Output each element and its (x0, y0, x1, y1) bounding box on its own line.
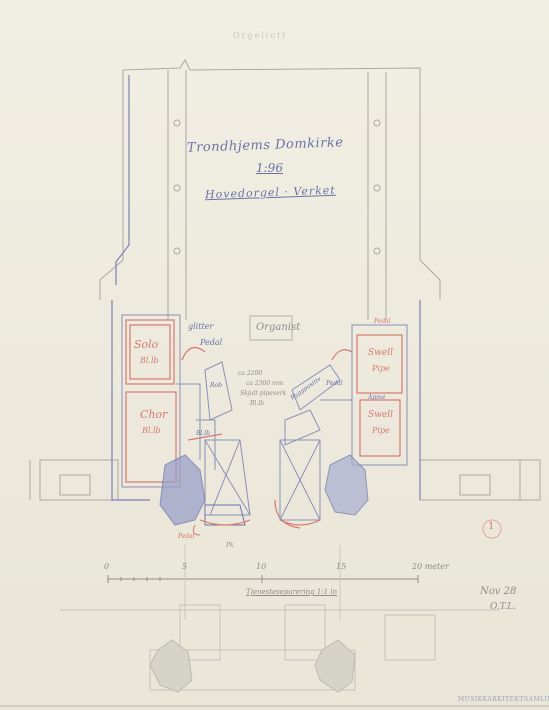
left-annotation-pedal-2: Pedal (178, 533, 195, 540)
center-note-1: ca 2200 (238, 370, 262, 377)
top-note: Orgelloft (233, 31, 287, 40)
date-note-line-2: O.T.L. (490, 602, 516, 612)
left-section-2-label: Chor (140, 408, 167, 421)
archive-stamp: MUSIKKARKITEKTSAMLING (458, 696, 549, 703)
right-annotation-apme: Apme (368, 394, 385, 401)
floor-plan-drawing (0, 0, 549, 710)
right-section-1-sub: Pipe (372, 364, 390, 373)
scale-caption: Tjenesteseparering 1:1 ln (246, 588, 337, 596)
scale-tick-20: 20 meter (412, 562, 449, 571)
scale-tick-0: 0 (104, 562, 109, 571)
lower-pier-hatches (150, 640, 355, 692)
center-note-4: Bl.lb (250, 400, 264, 407)
right-section-2-sub: Pipe (372, 426, 390, 435)
date-note-line-1: Nov 28 (480, 586, 516, 597)
right-annotation-pedal-2: Pedal (326, 380, 343, 387)
drawing-sheet: Orgelloft Trondhjems Domkirke 1:96 Hoved… (0, 0, 549, 710)
right-section-2-label: Swell (368, 410, 393, 420)
left-annotation-rob: Rob (210, 382, 222, 389)
left-section-2-sub: Bl.lb (142, 426, 161, 435)
left-annotation-bl: Bl.lb (196, 430, 210, 437)
center-note-2: ca 2300 mm (246, 380, 283, 387)
scale-bar (108, 545, 418, 620)
left-annotation-pedal: Pedal (200, 338, 222, 347)
right-annotation-pedal: Pedal (374, 318, 391, 325)
left-annotation-pk: Pk (226, 542, 234, 549)
lower-plan (60, 605, 500, 690)
left-section-1-sub: Bl.lb (140, 356, 159, 365)
left-annotation-glitter: glitter (188, 322, 213, 331)
right-section-1-label: Swell (368, 348, 393, 358)
sheet-number: 1 (488, 521, 494, 532)
scale-tick-15: 15 (336, 562, 346, 571)
center-note-3: Skjult pipeverk (240, 390, 286, 397)
drawing-scale: 1:96 (256, 161, 283, 175)
organist-label: Organist (256, 322, 300, 333)
left-section-1-label: Solo (134, 338, 158, 351)
scale-tick-5: 5 (182, 562, 187, 571)
scale-tick-10: 10 (256, 562, 266, 571)
